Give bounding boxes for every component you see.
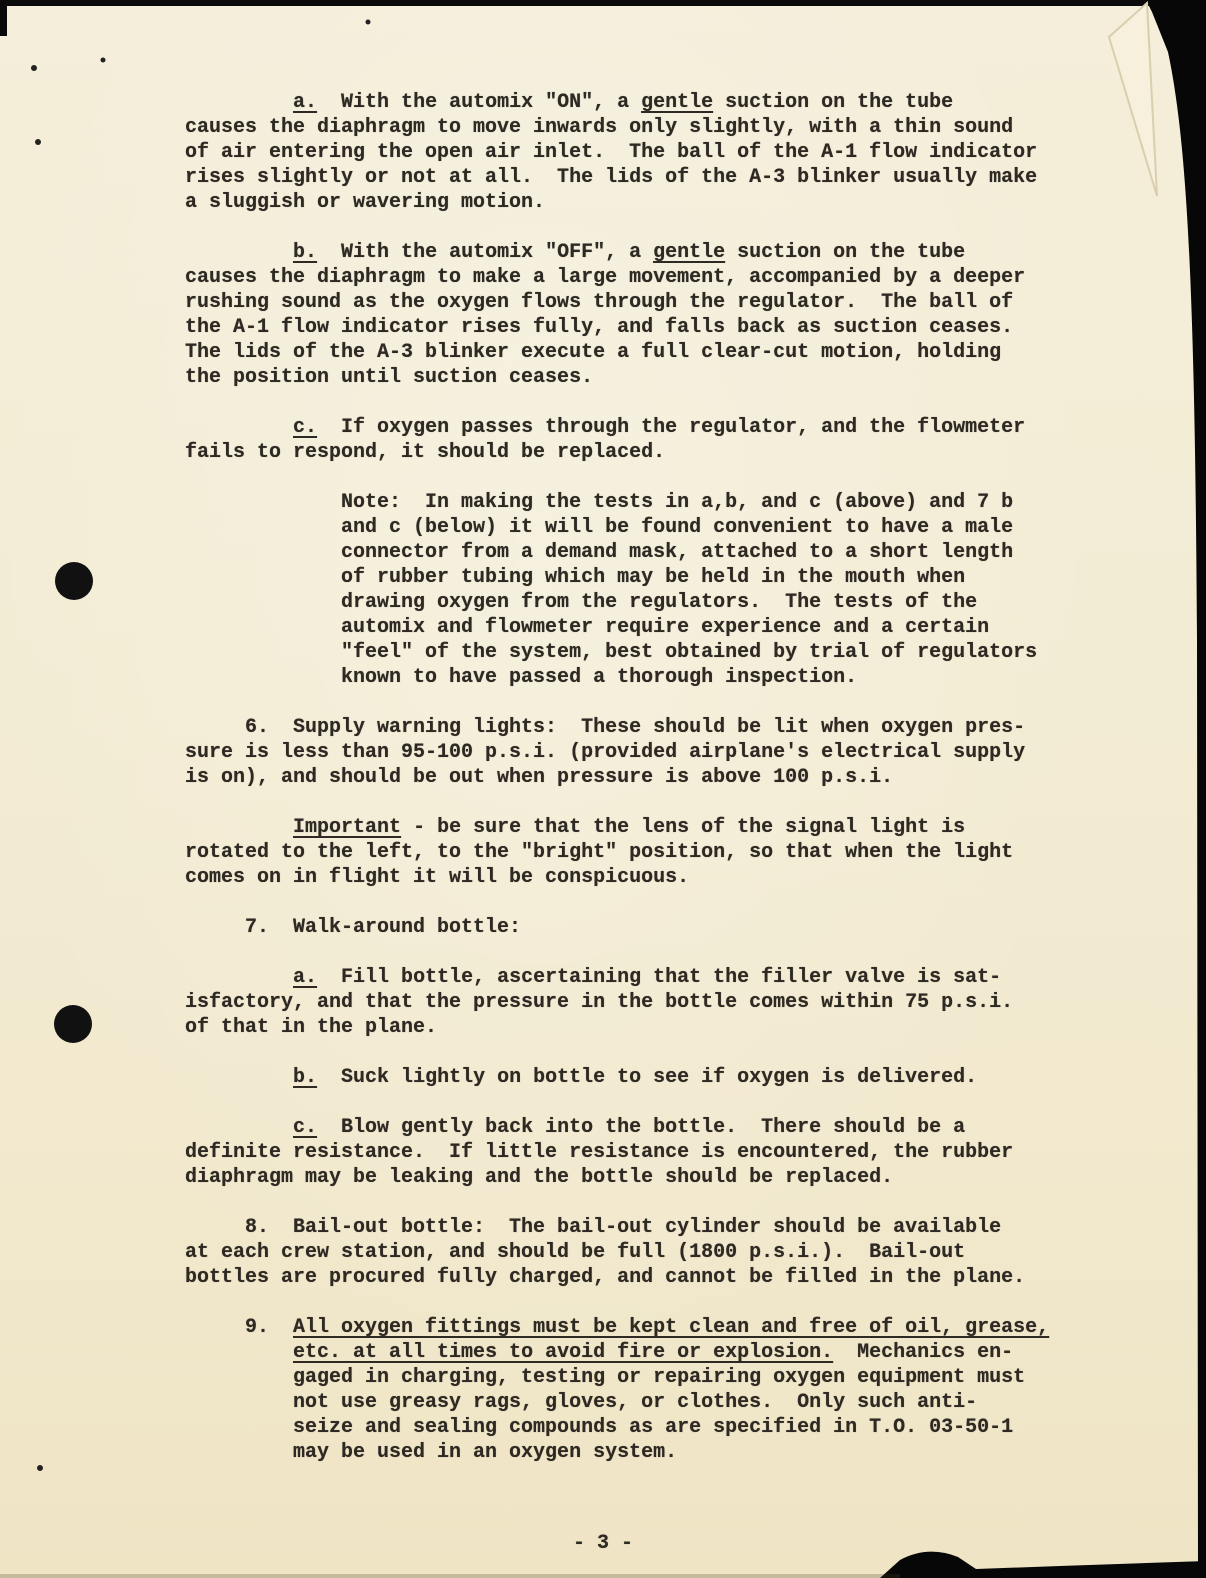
item-7-walk-around-bottle: 7. Walk-around bottle: — [185, 915, 1145, 940]
item-8-bail-out-bottle: 8. Bail-out bottle: The bail-out cylinde… — [185, 1215, 1145, 1290]
important-note: Important - be sure that the lens of the… — [185, 815, 1145, 890]
item-7c: c. Blow gently back into the bottle. The… — [185, 1115, 1145, 1190]
item-7a: a. Fill bottle, ascertaining that the fi… — [185, 965, 1145, 1040]
page-number: - 3 - — [0, 1532, 1206, 1555]
document-body: a. With the automix "ON", a gentle sucti… — [185, 90, 1145, 1490]
item-7b: b. Suck lightly on bottle to see if oxyg… — [185, 1065, 1145, 1090]
scanned-page: a. With the automix "ON", a gentle sucti… — [0, 0, 1206, 1578]
item-6-supply-warning-lights: 6. Supply warning lights: These should b… — [185, 715, 1145, 790]
item-9-oxygen-fittings-warning: 9. All oxygen fittings must be kept clea… — [185, 1315, 1145, 1465]
note-block: Note: In making the tests in a,b, and c … — [185, 490, 1145, 690]
paragraph-a: a. With the automix "ON", a gentle sucti… — [185, 90, 1145, 215]
paragraph-c: c. If oxygen passes through the regulato… — [185, 415, 1145, 465]
paragraph-b: b. With the automix "OFF", a gentle suct… — [185, 240, 1145, 390]
